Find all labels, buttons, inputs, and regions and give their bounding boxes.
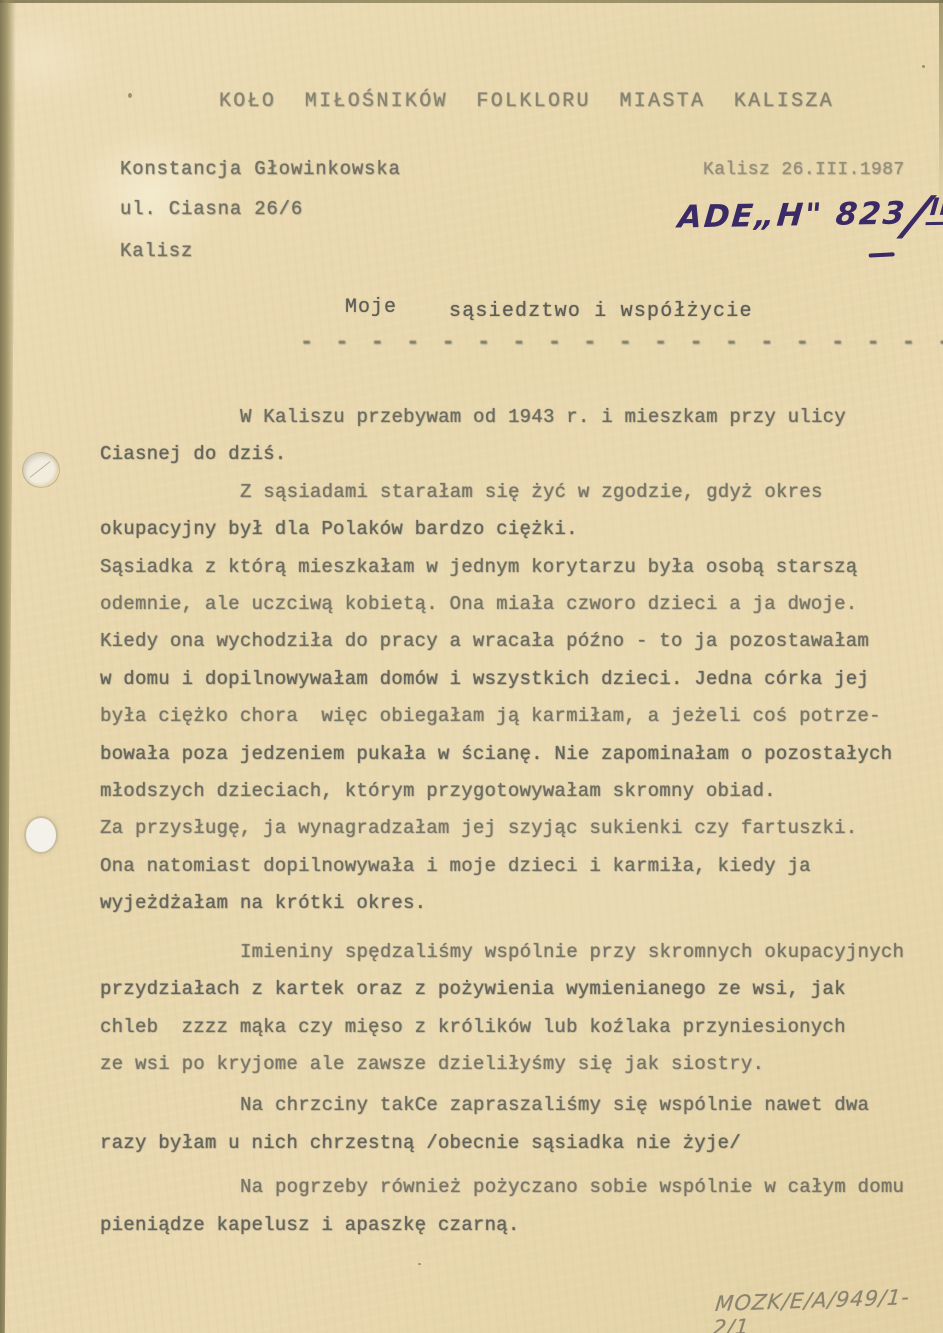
typed-line: odemnie, ale uczciwą kobietą. Ona miała … xyxy=(100,586,925,623)
typed-line: pieniądze kapelusz i apaszkę czarną. xyxy=(100,1207,925,1244)
typed-line: Imieniny spędzaliśmy wspólnie przy skrom… xyxy=(100,934,925,971)
organization-header: KOŁO MIŁOŚNIKÓW FOLKLORU MIASTA KALISZA xyxy=(219,90,834,113)
annotation-text: ADE„H" 823 xyxy=(676,195,908,235)
hole-punch-bottom xyxy=(26,818,56,852)
typed-line: Z sąsiadami starałam się żyć w zgodzie, … xyxy=(100,474,925,511)
title-rest: sąsiedztwo i współżycie xyxy=(449,300,753,323)
typed-line: Ciasnej do dziś. xyxy=(100,436,925,473)
typed-line: Na chrzciny takCe zapraszaliśmy się wspó… xyxy=(100,1087,925,1124)
title-word: Moje xyxy=(345,296,397,319)
typed-line: ze wsi po kryjome ale zawsze dzieliłyśmy… xyxy=(100,1046,925,1083)
typed-line: Na pogrzeby również pożyczano sobie wspó… xyxy=(100,1169,925,1206)
author-name: Konstancja Głowinkowska xyxy=(120,158,401,180)
scanned-document-page: KOŁO MIŁOŚNIKÓW FOLKLORU MIASTA KALISZA … xyxy=(0,0,943,1333)
letter-body: W Kaliszu przebywam od 1943 r. i mieszka… xyxy=(100,399,925,1244)
typed-line: chleb zzzz mąka czy mięso z królików lub… xyxy=(100,1009,925,1046)
paper-speck xyxy=(922,65,925,68)
author-city: Kalisz xyxy=(120,240,193,262)
annotation-underline-mark xyxy=(869,252,895,257)
typed-line: bowała poza jedzeniem pukała w ścianę. N… xyxy=(100,736,925,773)
paper-speck xyxy=(128,93,132,98)
handwritten-archive-annotation: ADE„H" 823/III xyxy=(677,186,943,251)
typed-line: była ciężko chora więc obiegałam ją karm… xyxy=(100,698,925,735)
typed-line: razy byłam u nich chrzestną /obecnie sąs… xyxy=(100,1125,925,1162)
typed-line: Ona natomiast dopilnowywała i moje dziec… xyxy=(100,848,925,885)
typed-line: wyjeżdżałam na krótki okres. xyxy=(100,885,925,922)
typed-line: W Kaliszu przebywam od 1943 r. i mieszka… xyxy=(100,399,925,436)
document-title: Mojesąsiedztwo i współżycie xyxy=(345,300,753,323)
typed-line: w domu i dopilnowywałam domów i wszystki… xyxy=(100,661,925,698)
title-underline-dashes: - - - - - - - - - - - - - - - - - - - - xyxy=(300,330,943,355)
annotation-fraction: III xyxy=(926,192,943,225)
typed-line: przydziałach z kartek oraz z pożywienia … xyxy=(100,971,925,1008)
typed-line: Za przysługę, ja wynagradzałam jej szyją… xyxy=(100,810,925,847)
scan-edge-left xyxy=(0,0,16,1333)
typed-line: Sąsiadka z którą mieszkałam w jednym kor… xyxy=(100,549,925,586)
typed-line: okupacyjny był dla Polaków bardzo ciężki… xyxy=(100,511,925,548)
pencil-archive-code: MOZK/E/A/949/1-2/1 xyxy=(712,1284,943,1333)
scan-edge-top xyxy=(0,0,943,3)
author-street: ul. Ciasna 26/6 xyxy=(120,198,303,220)
typed-line: młodszych dzieciach, którym przygotowywa… xyxy=(100,773,925,810)
dateline: Kalisz 26.III.1987 xyxy=(703,160,905,180)
typed-line: Kiedy ona wychodziła do pracy a wracała … xyxy=(100,623,925,660)
hole-punch-top xyxy=(22,452,60,488)
paper-speck xyxy=(418,1263,421,1265)
